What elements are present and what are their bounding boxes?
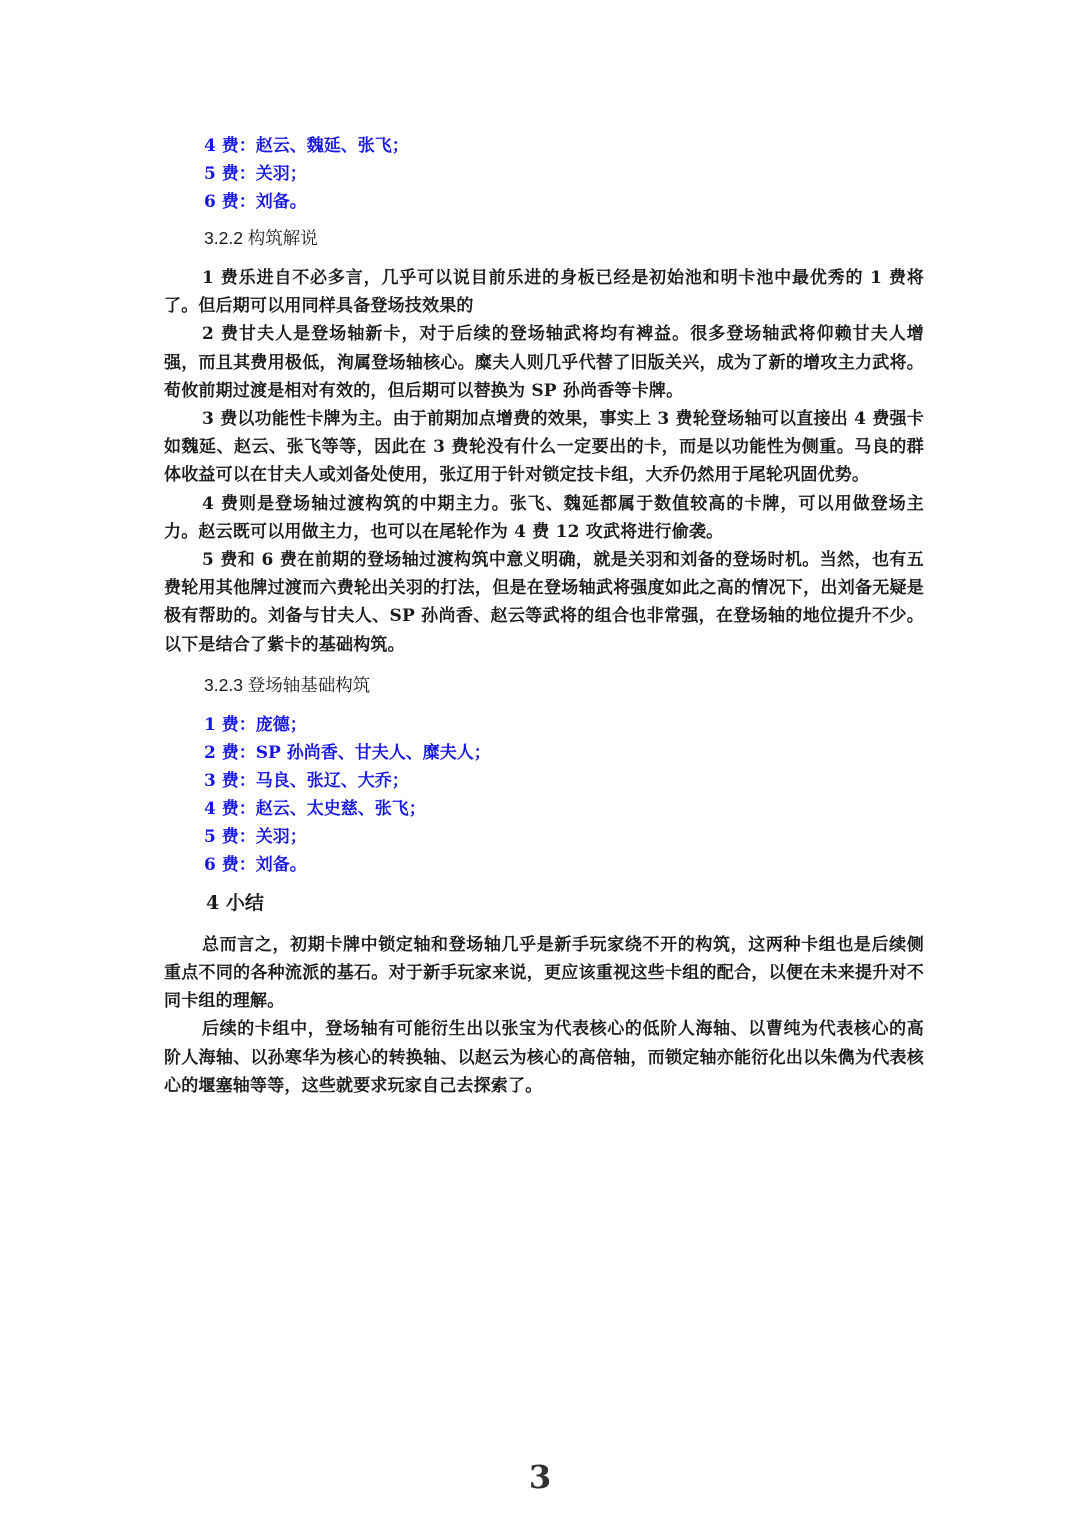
paragraph: 2 费甘夫人是登场轴新卡，对于后续的登场轴武将均有裨益。很多登场轴武将仰赖甘夫人…	[164, 320, 924, 405]
paragraph: 总而言之，初期卡牌中锁定轴和登场轴几乎是新手玩家绕不开的构筑，这两种卡组也是后续…	[164, 931, 924, 1016]
paragraph: 5 费和 6 费在前期的登场轴过渡构筑中意义明确，就是关羽和刘备的登场时机。当然…	[164, 546, 924, 659]
paragraph: 4 费则是登场轴过渡构筑的中期主力。张飞、魏延都属于数值较高的卡牌，可以用做登场…	[164, 490, 924, 546]
build-cost-list: 1 费：庞德； 2 费：SP 孙尚香、甘夫人、糜夫人； 3 费：马良、张辽、大乔…	[164, 711, 924, 879]
document-page: 4 费：赵云、魏延、张飞； 5 费：关羽； 6 费：刘备。 3.2.2 构筑解说…	[0, 0, 1080, 1527]
paragraph: 1 费乐进自不必多言，几乎可以说目前乐进的身板已经是初始池和明卡池中最优秀的 1…	[164, 264, 924, 320]
section-heading-4: 4 小结	[164, 889, 924, 917]
list-item: 2 费：SP 孙尚香、甘夫人、糜夫人；	[204, 739, 924, 767]
section-heading-3-2-2: 3.2.2 构筑解说	[164, 226, 924, 250]
top-cost-list: 4 费：赵云、魏延、张飞； 5 费：关羽； 6 费：刘备。	[164, 132, 924, 216]
list-item: 1 费：庞德；	[204, 711, 924, 739]
list-item: 4 费：赵云、太史慈、张飞；	[204, 795, 924, 823]
page-number: 3	[0, 1458, 1080, 1496]
list-item: 4 费：赵云、魏延、张飞；	[204, 132, 924, 160]
paragraph: 后续的卡组中，登场轴有可能衍生出以张宝为代表核心的低阶人海轴、以曹纯为代表核心的…	[164, 1015, 924, 1100]
list-item: 5 费：关羽；	[204, 823, 924, 851]
page-content: 4 费：赵云、魏延、张飞； 5 费：关羽； 6 费：刘备。 3.2.2 构筑解说…	[164, 132, 924, 1100]
list-item: 5 费：关羽；	[204, 160, 924, 188]
list-item: 6 费：刘备。	[204, 188, 924, 216]
paragraph: 3 费以功能性卡牌为主。由于前期加点增费的效果，事实上 3 费轮登场轴可以直接出…	[164, 405, 924, 490]
list-item: 6 费：刘备。	[204, 851, 924, 879]
section-heading-3-2-3: 3.2.3 登场轴基础构筑	[164, 673, 924, 697]
list-item: 3 费：马良、张辽、大乔；	[204, 767, 924, 795]
